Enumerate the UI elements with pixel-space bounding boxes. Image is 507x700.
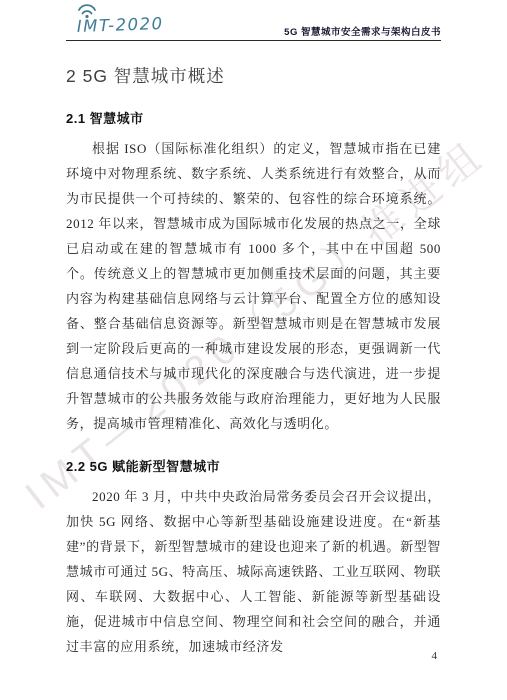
section-2-1-paragraph: 根据 ISO（国际标准化组织）的定义，智慧城市指在已建环境中对物理系统、数字系统…	[66, 136, 441, 436]
page-header: IMT-2020 5G 智慧城市安全需求与架构白皮书	[66, 0, 441, 41]
imt-2020-logo: IMT-2020	[74, 1, 174, 42]
section-heading-2-1: 2.1 智慧城市	[66, 108, 441, 127]
section-heading-2-2: 2.2 5G 赋能新型智慧城市	[66, 456, 441, 475]
chapter-title: 2 5G 智慧城市概述	[66, 63, 441, 88]
wifi-logo-icon: IMT-2020	[74, 1, 174, 37]
section-2-2-paragraph: 2020 年 3 月，中共中央政治局常务委员会召开会议提出，加快 5G 网络、数…	[66, 484, 441, 659]
page-content: 2 5G 智慧城市概述 2.1 智慧城市 根据 ISO（国际标准化组织）的定义，…	[66, 63, 441, 659]
logo-text: IMT-2020	[76, 14, 163, 36]
wifi-arc-outer	[79, 5, 95, 10]
document-page: IMT-2020 5G 智慧城市安全需求与架构白皮书 2 5G 智慧城市概述 2…	[0, 0, 507, 700]
wifi-arc-inner	[83, 11, 92, 13]
page-number: 4	[432, 650, 438, 662]
document-title-header: 5G 智慧城市安全需求与架构白皮书	[284, 24, 441, 38]
